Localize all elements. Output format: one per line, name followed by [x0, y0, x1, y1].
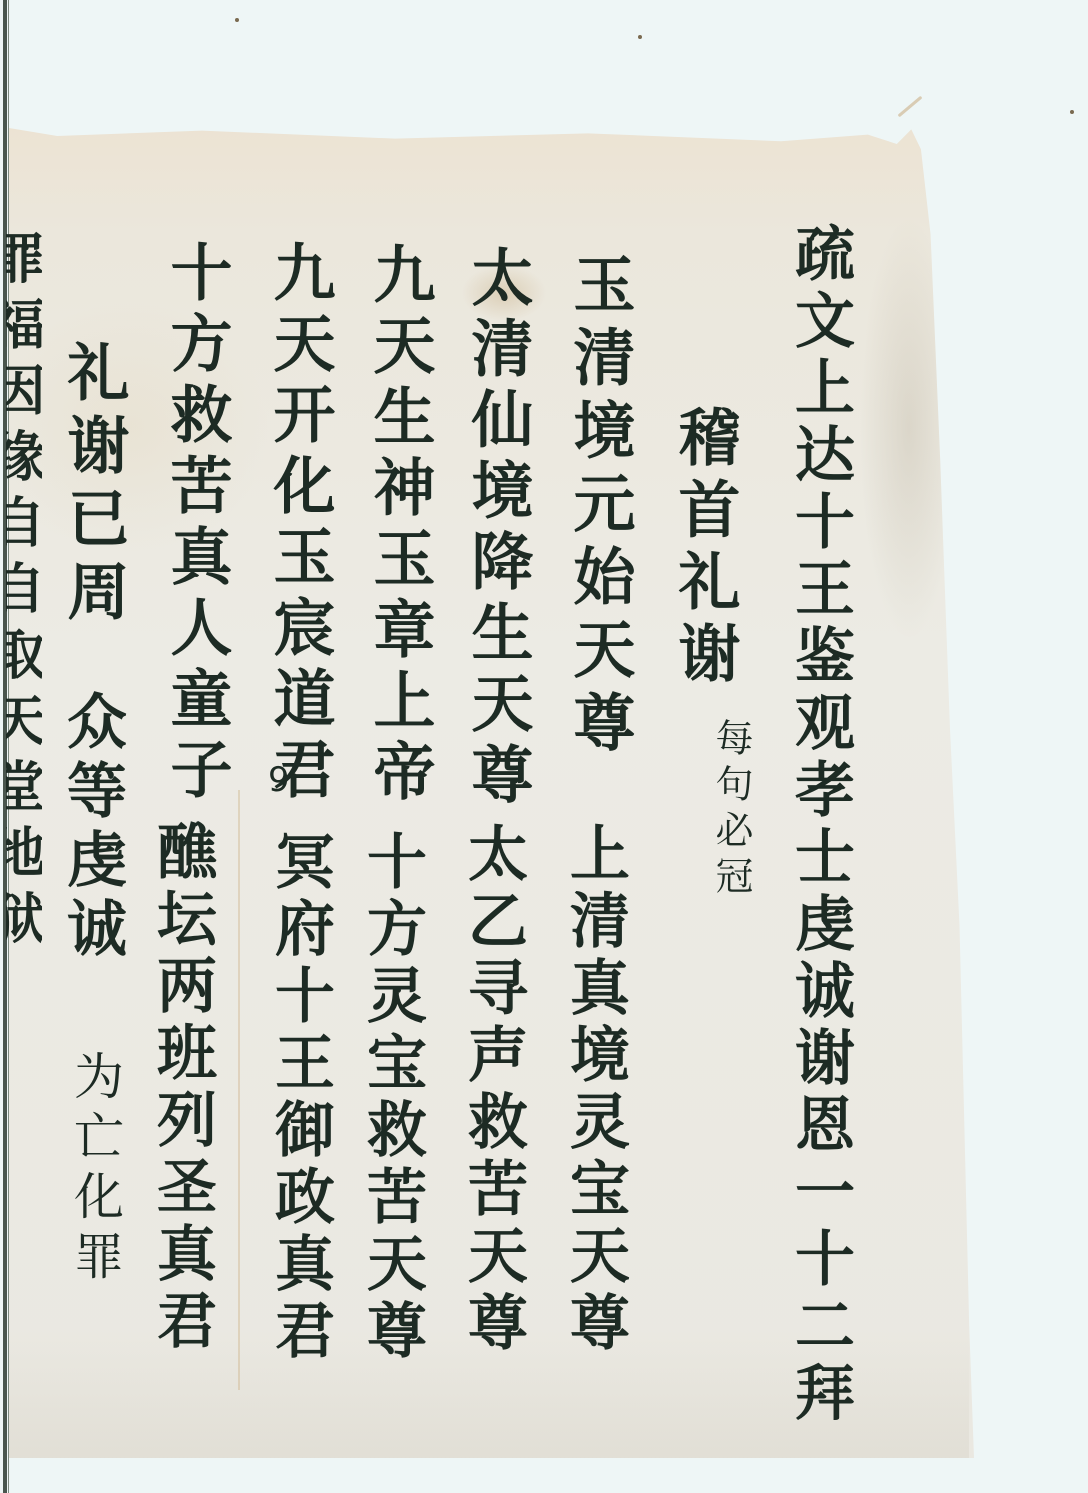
column-4-lower: 太乙寻声救苦天尊 — [463, 822, 523, 1358]
paper-fold-line — [238, 790, 240, 1390]
column-7-lower: 醮坛两班列圣真君 — [152, 820, 212, 1356]
column-7-upper: 十方救苦真人童子 — [165, 240, 227, 808]
paper-fiber — [898, 96, 923, 118]
column-5-upper: 九天生神玉章上帝 — [368, 242, 430, 810]
column-1-title: 疏文上达十王鉴观孝士虔诚谢恩一十二拜 — [790, 222, 850, 1428]
column-3-upper: 玉清境元始天尊 — [568, 252, 630, 763]
column-6-lower: 冥府十王御政真君 — [270, 830, 330, 1366]
column-8-lower: 众等虔诚 — [62, 690, 122, 966]
column-3-lower: 上清真境灵宝天尊 — [565, 822, 625, 1358]
speck — [1070, 110, 1074, 114]
column-6-upper: 九天开化玉宸道君 — [268, 240, 330, 808]
column-4-upper: 太清仙境降生天尊 — [466, 245, 528, 813]
column-8-upper: 礼谢已周 — [62, 340, 124, 632]
column-8-note: 为亡化罪 — [70, 1050, 120, 1290]
speck — [235, 18, 239, 22]
column-5-lower: 十方灵宝救苦天尊 — [362, 830, 422, 1366]
column-2-note: 每句必冠 — [712, 718, 750, 902]
column-9-partial: 罪福因缘自自取天堂地狱 — [6, 230, 42, 956]
column-2-heading: 稽首礼谢 — [673, 405, 735, 693]
column-6-mark: 9 — [268, 760, 290, 800]
speck — [638, 35, 642, 39]
